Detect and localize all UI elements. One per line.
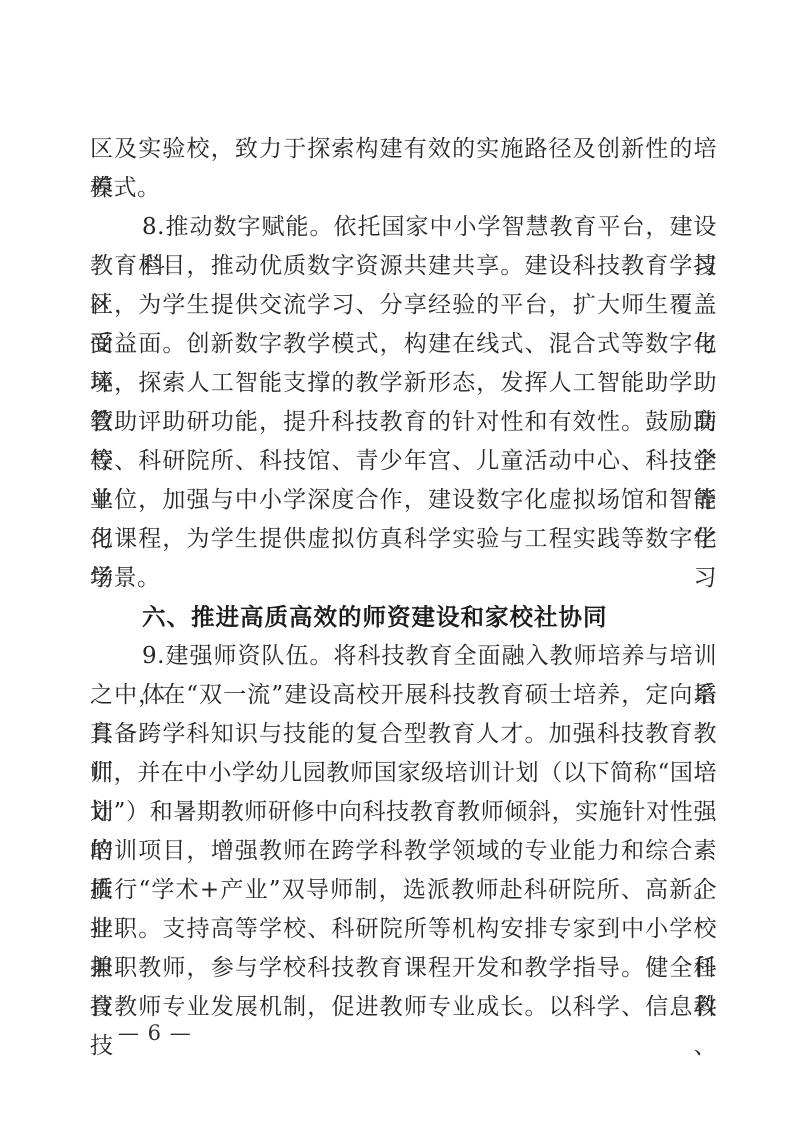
page-number: — 6 — [118, 1018, 192, 1048]
text-line: 推行“学术+产业”双导师制，选派教师赴科研院所、高新企业 [90, 871, 717, 910]
text-line: 培训项目，增强教师在跨学科教学领域的专业能力和综合素质。 [90, 832, 717, 871]
text-line: 训，并在中小学幼儿园教师国家级培训计划（以下简称“国培计 [90, 754, 717, 793]
text-line: 单位，加强与中小学深度合作，建设数字化虚拟场馆和智能化学 [90, 481, 717, 520]
text-line-item-8-start: 8.推动数字赋能。依托国家中小学智慧教育平台，建设科技 [90, 208, 717, 247]
text-line: 受益面。创新数字教学模式，构建在线式、混合式等数字化环 [90, 325, 717, 364]
document-body: 区及实验校，致力于探索构建有效的实施路径及创新性的培养 模式。 8.推动数字赋能… [90, 130, 717, 1027]
text-line: 区，为学生提供交流学习、分享经验的平台，扩大师生覆盖面与 [90, 286, 717, 325]
document-page: 区及实验校，致力于探索构建有效的实施路径及创新性的培养 模式。 8.推动数字赋能… [0, 0, 799, 1135]
text-line: 校、科研院所、科技馆、青少年宫、儿童活动中心、科技企业等 [90, 442, 717, 481]
text-line: 挂职。支持高等学校、科研院所等机构安排专家到中小学校担任 [90, 910, 717, 949]
section-heading: 六、推进高质高效的师资建设和家校社协同 [90, 598, 717, 637]
text-line: 教育栏目，推动优质数字资源共建共享。建设科技教育学习社 [90, 247, 717, 286]
text-line: 境，探索人工智能支撑的教学新形态，发挥人工智能助学助教助 [90, 364, 717, 403]
text-line: 管助评助研功能，提升科技教育的针对性和有效性。鼓励高等学 [90, 403, 717, 442]
text-line: 划”）和暑期教师研修中向科技教育教师倾斜，实施针对性强的 [90, 793, 717, 832]
text-line: 模式。 [90, 169, 717, 208]
text-line: 之中，在“双一流”建设高校开展科技教育硕士培养，定向培育 [90, 676, 717, 715]
text-line: 区及实验校，致力于探索构建有效的实施路径及创新性的培养 [90, 130, 717, 169]
text-line: 习课程，为学生提供虚拟仿真科学实验与工程实践等数字化学习 [90, 520, 717, 559]
text-line: 具备跨学科知识与技能的复合型教育人才。加强科技教育教师培 [90, 715, 717, 754]
text-line-item-9-start: 9.建强师资队伍。将科技教育全面融入教师培养与培训体系 [90, 637, 717, 676]
text-line: 兼职教师，参与学校科技教育课程开发和教学指导。健全科技教 [90, 949, 717, 988]
